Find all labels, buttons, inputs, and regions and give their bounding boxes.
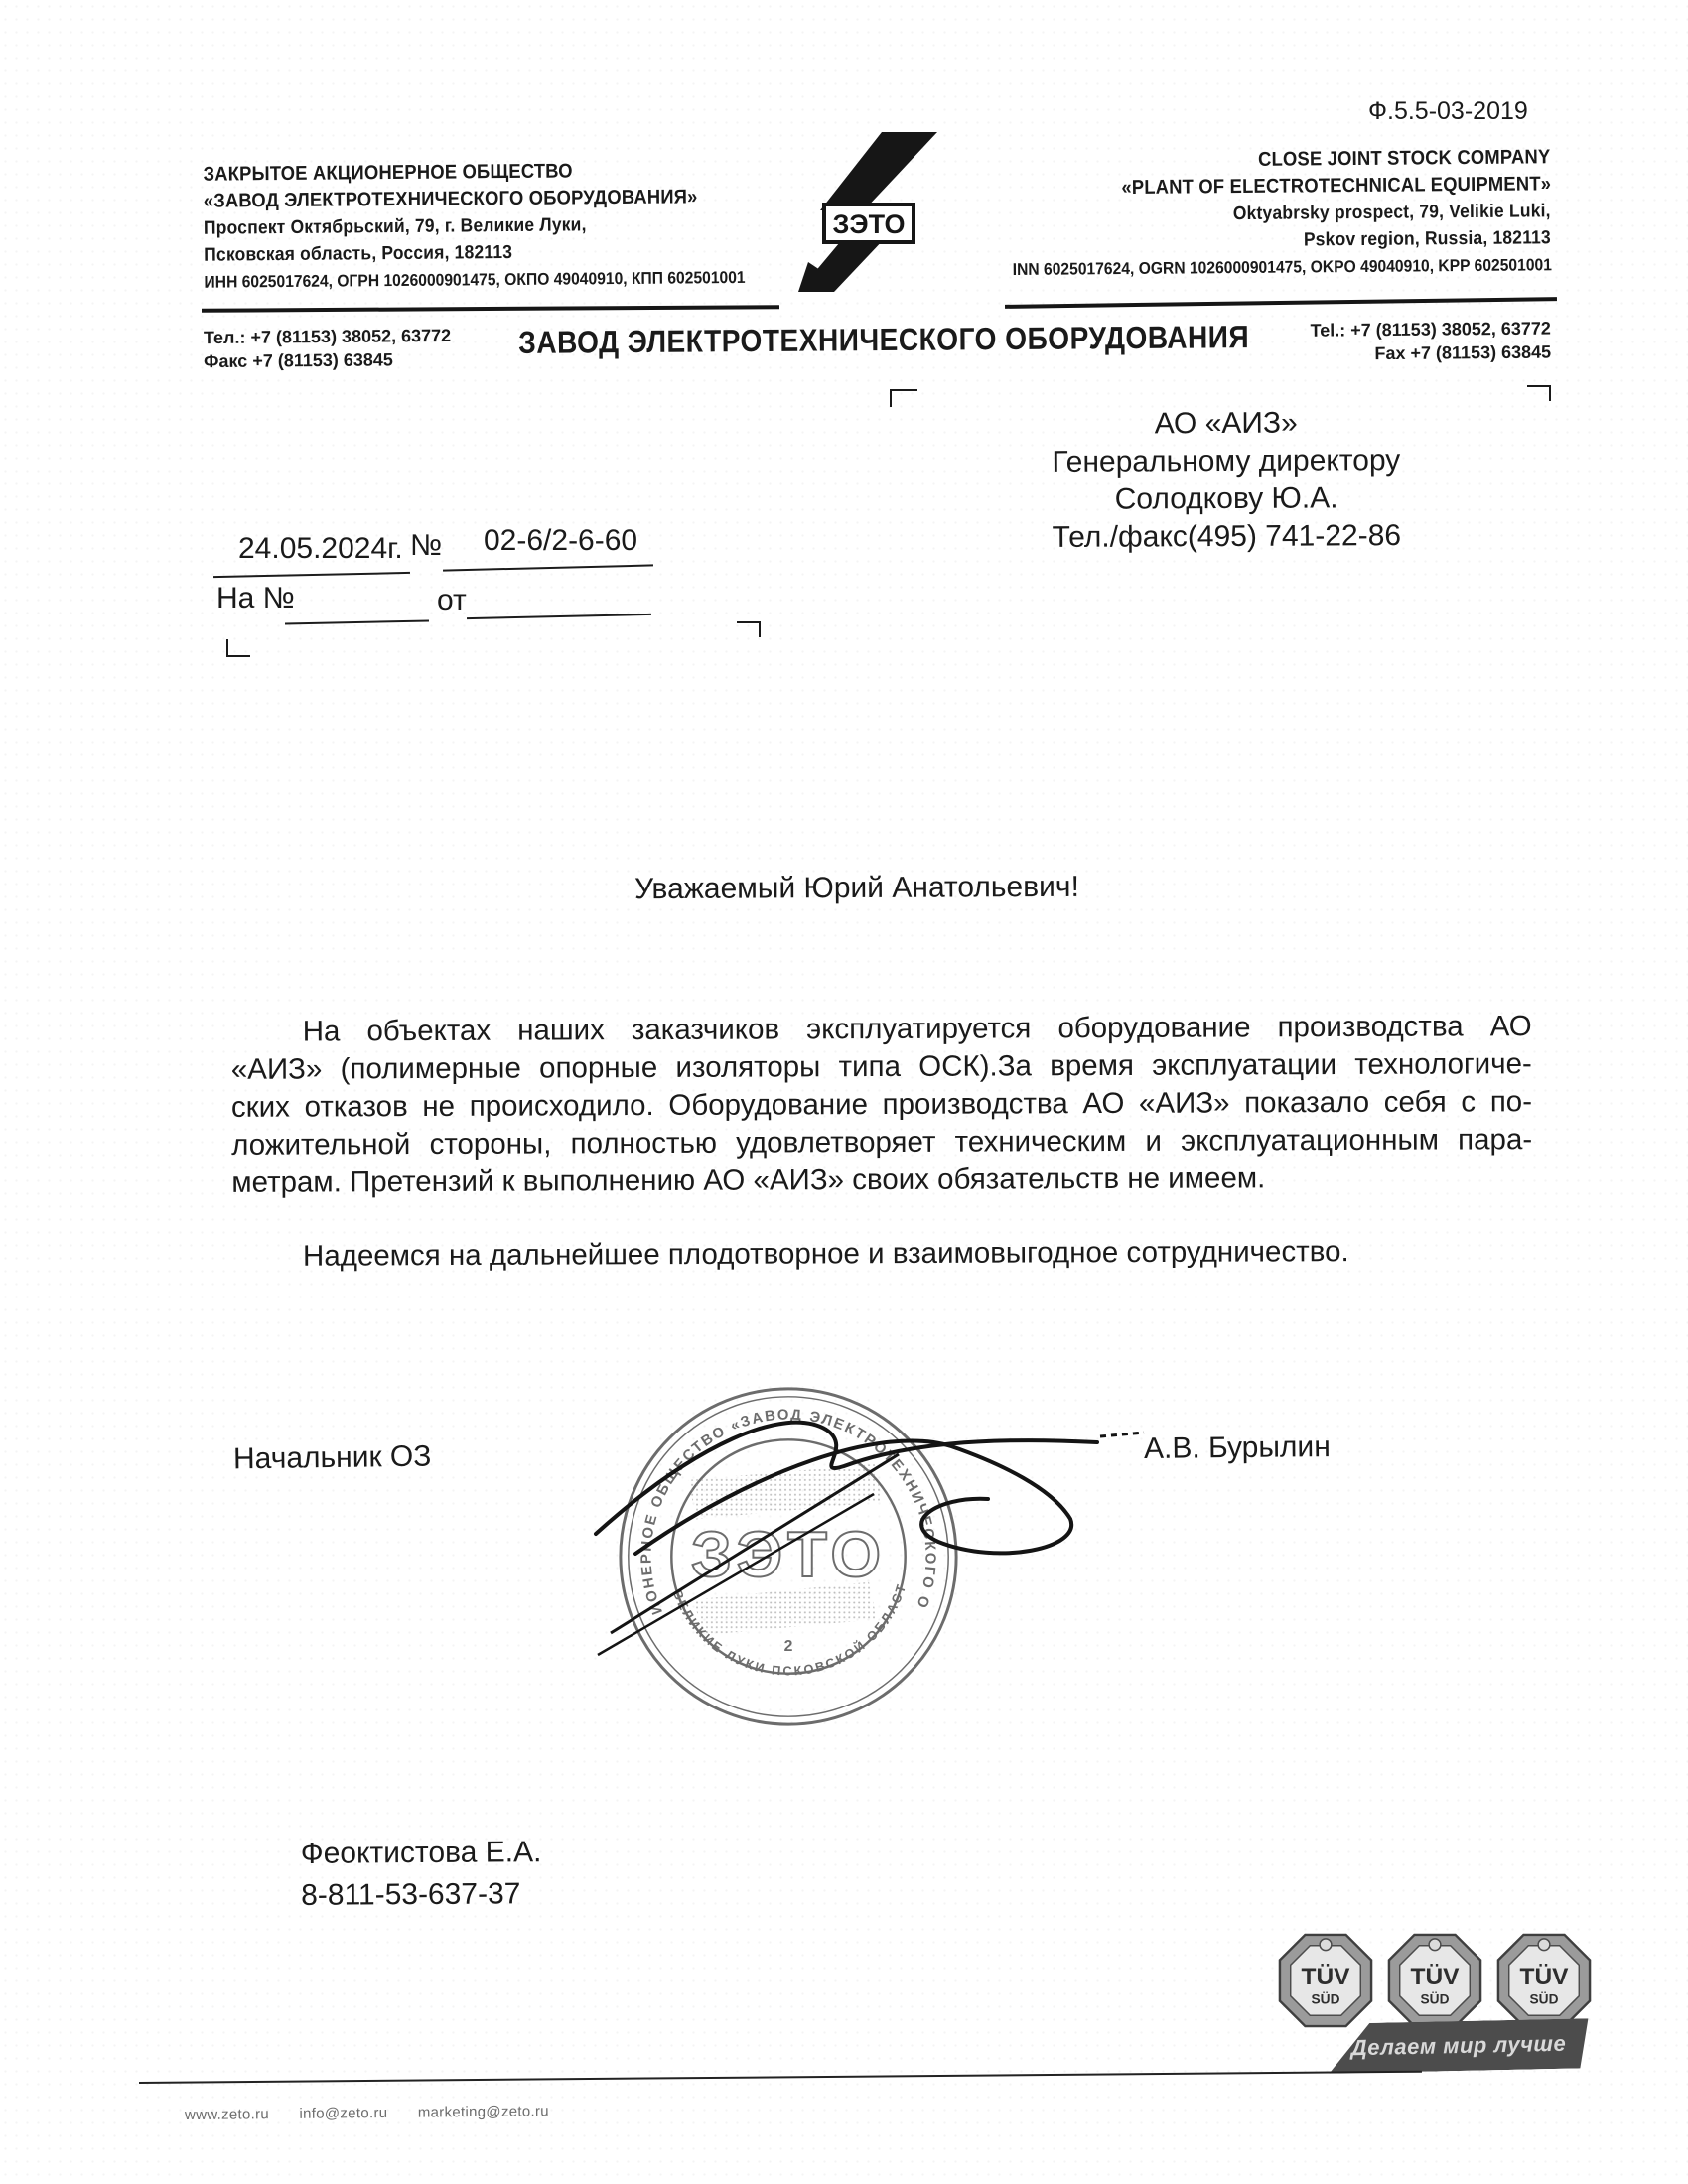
body-line: На объектах наших заказчиков эксплуатиру…: [231, 1008, 1532, 1051]
recipient-org: АО «АИЗ»: [1013, 404, 1440, 444]
reply-label: На №: [216, 582, 295, 615]
tuv-sud-badge-icon: TÜV SÜD: [1277, 1932, 1374, 2029]
company-address-en-1: Oktyabrsky prospect, 79, Velikie Luki,: [1233, 198, 1551, 227]
form-code: Ф.5.5-03-2019: [1368, 97, 1528, 126]
company-codes-ru: ИНН 6025017624, ОГРН 1026000901475, ОКПО…: [204, 264, 745, 296]
contact-phone: 8-811-53-637-37: [301, 1873, 542, 1917]
zeto-logo-text: ЗЭТО: [833, 209, 906, 239]
badge-sud-text: SÜD: [1421, 1991, 1450, 2007]
body-line: ских отказов не происходило. Оборудовани…: [231, 1083, 1532, 1127]
footer-links: www.zeto.ru info@zeto.ru marketing@zeto.…: [185, 2103, 575, 2123]
contact-block: Феоктистова Е.А. 8-811-53-637-37: [301, 1832, 542, 1917]
phones-right: Tel.: +7 (81153) 38052, 63772 Fax +7 (81…: [1231, 317, 1551, 367]
body-paragraph-2: Надеемся на дальнейшее плодотворное и вз…: [231, 1232, 1604, 1276]
header-right-block: CLOSE JOINT STOCK COMPANY «PLANT OF ELEC…: [932, 144, 1551, 283]
corner-mark-top-right: [1527, 385, 1551, 401]
from-underline: [467, 614, 651, 619]
zeto-logo: ЗЭТО: [792, 129, 949, 298]
phones-left: Тел.: +7 (81153) 38052, 63772 Факс +7 (8…: [204, 324, 452, 373]
scanned-letter-page: Ф.5.5-03-2019 ЗАКРЫТОЕ АКЦИОНЕРНОЕ ОБЩЕС…: [0, 0, 1688, 2184]
letter-number: 02-6/2-6-60: [484, 524, 637, 558]
company-name-en-1: CLOSE JOINT STOCK COMPANY: [1258, 144, 1550, 174]
tuv-sud-badge-icon: TÜV SÜD: [1495, 1932, 1593, 2029]
from-label: от: [437, 584, 467, 617]
company-address-ru-1: Проспект Октябрьский, 79, г. Великие Лук…: [204, 211, 587, 241]
badge-sud-text: SÜD: [1530, 1991, 1559, 2007]
footer-email: info@zeto.ru: [299, 2105, 387, 2122]
signer-position: Начальник ОЗ: [233, 1440, 432, 1477]
badge-tuv-text: TÜV: [1411, 1964, 1461, 1990]
tuv-sud-badge-icon: TÜV SÜD: [1386, 1932, 1483, 2029]
recipient-block: АО «АИЗ» Генеральному директору Солодков…: [1013, 404, 1441, 557]
header-left-block: ЗАКРЫТОЕ АКЦИОНЕРНОЕ ОБЩЕСТВО «ЗАВОД ЭЛЕ…: [203, 156, 819, 295]
body-line: «АИЗ» (полимерные опорные изоляторы типа…: [231, 1045, 1532, 1089]
date-underline: [213, 572, 410, 578]
recipient-name: Солодкову Ю.А.: [1013, 479, 1440, 519]
company-name-ru-2: «ЗАВОД ЭЛЕКТРОТЕХНИЧЕСКОГО ОБОРУДОВАНИЯ»: [204, 184, 698, 214]
contact-name: Феоктистова Е.А.: [301, 1832, 542, 1875]
recipient-position: Генеральному директору: [1013, 442, 1440, 481]
corner-mark-top-left: [890, 389, 917, 407]
company-name-en-2: «PLANT OF ELECTROTECHNICAL EQUIPMENT»: [1121, 171, 1551, 202]
letter-date: 24.05.2024г.: [238, 532, 403, 566]
handwritten-signature: [556, 1385, 1152, 1663]
slogan-ribbon: Делаем мир лучше: [1329, 2018, 1590, 2073]
number-underline: [443, 564, 653, 571]
header-rule-left: [202, 305, 779, 313]
footer-website: www.zeto.ru: [185, 2106, 269, 2123]
tel-ru: Тел.: +7 (81153) 38052, 63772: [204, 324, 451, 349]
certification-badges: TÜV SÜD TÜV SÜD TÜV SÜD: [1277, 1932, 1595, 2031]
signer-name: А.В. Бурылин: [1144, 1431, 1331, 1466]
letterhead-title: ЗАВОД ЭЛЕКТРОТЕХНИЧЕСКОГО ОБОРУДОВАНИЯ: [518, 319, 1249, 361]
tel-en: Tel.: +7 (81153) 38052, 63772: [1231, 317, 1551, 343]
corner-mark-bottom-right: [737, 621, 761, 637]
badge-tuv-text: TÜV: [1302, 1964, 1351, 1990]
bottom-rule: [139, 2071, 1422, 2084]
recipient-phone: Тел./факс(495) 741-22-86: [1013, 517, 1440, 557]
letterhead-title-wrap: ЗАВОД ЭЛЕКТРОТЕХНИЧЕСКОГО ОБОРУДОВАНИЯ: [437, 322, 1331, 358]
badge-tuv-text: TÜV: [1520, 1964, 1570, 1990]
company-name-ru-1: ЗАКРЫТОЕ АКЦИОНЕРНОЕ ОБЩЕСТВО: [203, 158, 572, 188]
corner-mark-bottom-left: [226, 639, 250, 657]
fax-ru: Факс +7 (81153) 63845: [204, 347, 451, 373]
body-line: метрам. Претензий к выполнению АО «АИЗ» …: [231, 1159, 1532, 1202]
reply-underline: [285, 619, 429, 624]
number-sign: №: [410, 529, 442, 563]
zeto-logo-icon: ЗЭТО: [792, 129, 949, 298]
fax-en: Fax +7 (81153) 63845: [1231, 341, 1551, 367]
badge-sud-text: SÜD: [1312, 1991, 1340, 2007]
slogan-text: Делаем мир лучше: [1351, 2031, 1567, 2062]
body-line: ложительной стороны, полностью удовлетво…: [231, 1121, 1532, 1164]
company-codes-en: INN 6025017624, OGRN 1026000901475, OKPO…: [1012, 251, 1551, 283]
salutation: Уважаемый Юрий Анатольевич!: [231, 869, 1482, 909]
signature-icon: [556, 1385, 1152, 1663]
company-address-ru-2: Псковская область, Россия, 182113: [204, 239, 512, 269]
footer-email-marketing: marketing@zeto.ru: [418, 2103, 549, 2120]
company-address-en-2: Pskov region, Russia, 182113: [1304, 224, 1551, 253]
header-rule-right: [1005, 297, 1557, 309]
body-paragraph-1: На объектах наших заказчиков эксплуатиру…: [231, 1008, 1533, 1202]
